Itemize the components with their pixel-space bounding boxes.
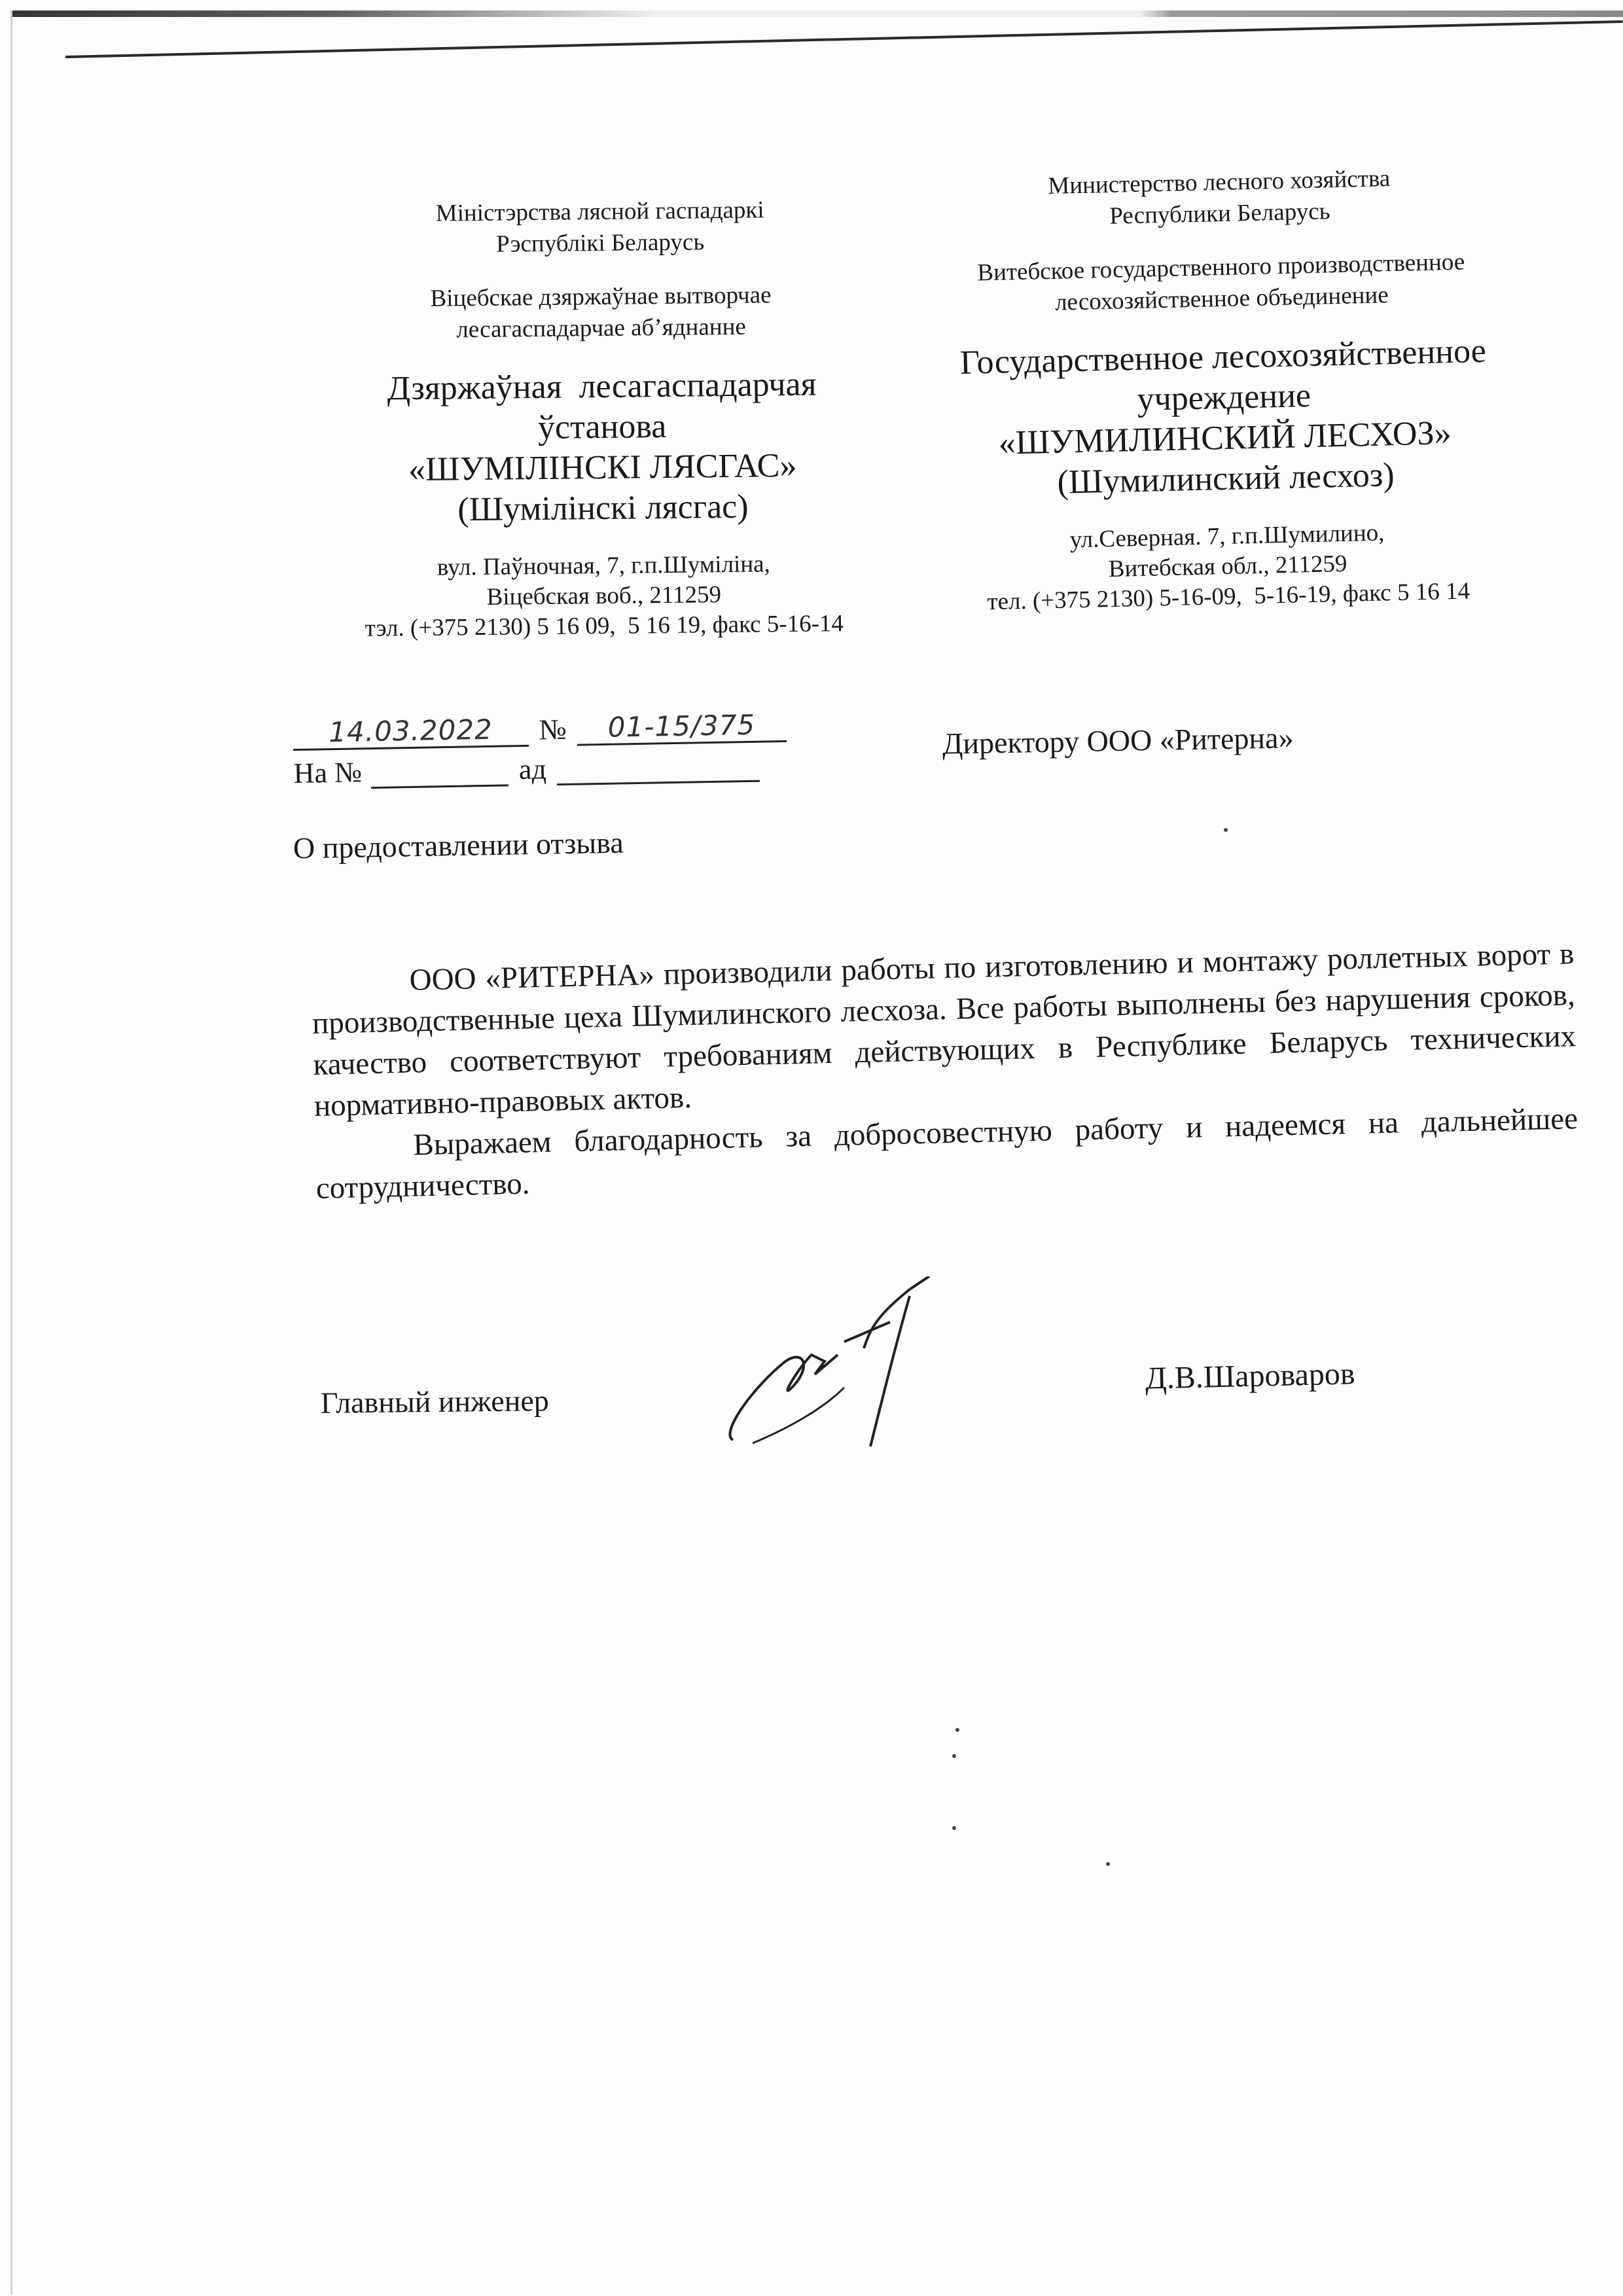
scan-edge-left [10, 10, 12, 2295]
org-name: «ШУМІЛІНСКІ ЛЯСГАС» [294, 444, 910, 492]
org-line-1: Дзяржаўная лесагаспадарчая [294, 363, 910, 410]
outgoing-date: 14.03.2022 [293, 713, 529, 751]
from-label: ад [518, 752, 546, 786]
letterhead-belarusian: Міністэрства лясной гаспадаркі Рэспублік… [292, 193, 912, 645]
subject-line: О предоставлении отзыва [293, 825, 624, 866]
reply-number-label: На № [293, 755, 362, 790]
org-short-name: (Шумілінскі лясгас) [295, 485, 911, 532]
phone-line: тэл. (+375 2130) 5 16 09, 5 16 19, факс … [296, 608, 912, 645]
addressee: Директору ООО «Ритерна» [942, 720, 1294, 761]
reply-number-field [371, 758, 509, 789]
scan-speck [1224, 828, 1228, 832]
signatory-position: Главный инженер [321, 1383, 549, 1420]
body-paragraph-1: ООО «РИТЕРНА» производили работы по изго… [311, 933, 1577, 1127]
scan-speck [1106, 1862, 1110, 1866]
letterhead-russian: Министерство лесного хозяйства Республик… [898, 160, 1549, 619]
scan-speck [955, 1728, 959, 1732]
letter-body: ООО «РИТЕРНА» производили работы по изго… [311, 933, 1579, 1210]
number-label: № [539, 713, 567, 747]
reply-date-field [557, 754, 760, 785]
scan-edge-top [12, 10, 1623, 17]
outgoing-number: 01-15/375 [577, 708, 787, 746]
registration-block: 14.03.2022 № 01-15/375 На № ад [293, 702, 830, 790]
org-line-2: ўстанова [294, 404, 910, 451]
scan-speck [952, 1826, 956, 1830]
top-rule-line [65, 20, 1622, 58]
signatory-name: Д.В.Шароваров [1145, 1355, 1355, 1396]
handwritten-signature-icon [713, 1276, 988, 1453]
scan-speck [952, 1754, 956, 1758]
